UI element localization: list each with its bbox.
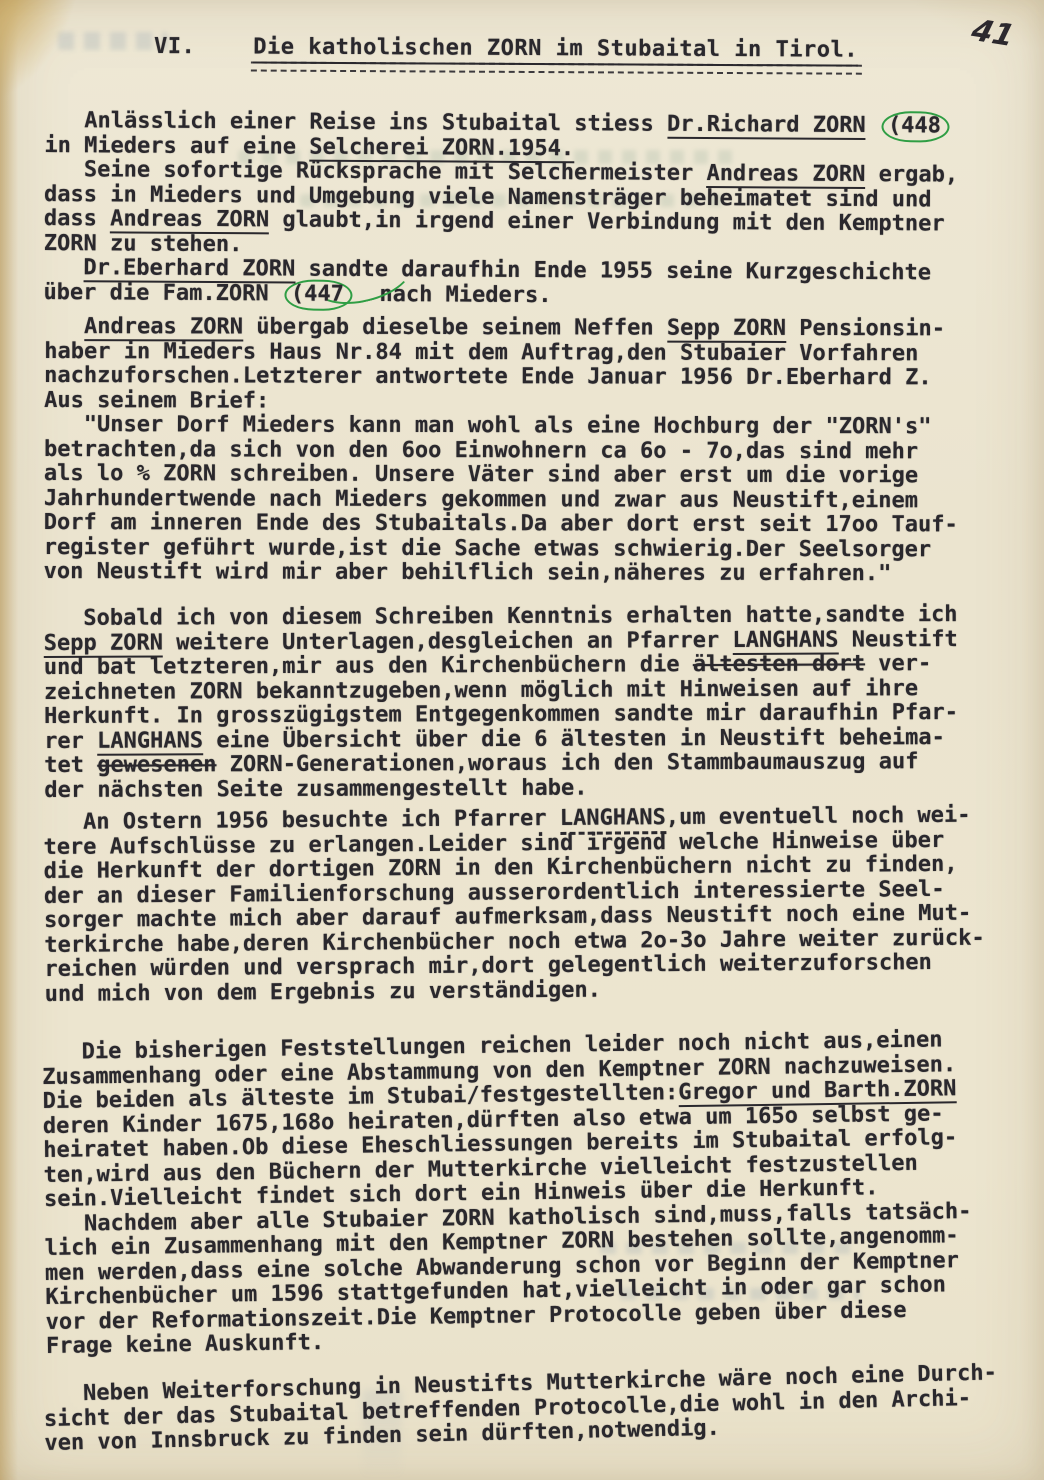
paragraph: Anlässlich einer Reise ins Stubaital sti… [43, 109, 1038, 311]
text-run: in Mieders auf eine [44, 133, 309, 160]
text-run: Neustift [838, 626, 957, 652]
text-run: ergab, [865, 162, 958, 188]
text-run: betrachten,da sich von den 6oo Einwohner… [44, 437, 918, 464]
text-run: der nächsten Seite zusammengestellt habe… [44, 775, 587, 802]
text-run: zeichneten ZORN bekanntzugeben,wenn mögl… [44, 675, 918, 704]
green-circled-reference: (447 [285, 279, 353, 310]
text-run: register geführt wurde,ist die Sache etw… [44, 534, 931, 561]
text-run: "Unser Dorf Mieders kann man wohl als ei… [84, 412, 932, 439]
underlined-name: Sepp ZORN [44, 629, 163, 657]
text-run: weitere Unterlagen,desgleichen an Pfarre… [163, 627, 733, 654]
section-heading: VI.Die katholischen ZORN im Stubaital in… [154, 34, 1038, 64]
section-numeral: VI. [154, 34, 195, 59]
text-run: von Neustift wird mir aber behilflich se… [44, 559, 892, 586]
text-run: dass [44, 206, 110, 231]
scanned-document-page: 41 VI.Die katholischen ZORN im Stubaital… [0, 0, 1044, 1480]
paragraph: Die bisherigen Feststellungen reichen le… [42, 1027, 1040, 1359]
paragraph: Neben Weiterforschung in Neustifts Mutte… [43, 1360, 1038, 1456]
text-line: tet gewesenen ZORN-Generationen,woraus i… [44, 749, 1038, 778]
text-run: An Ostern 1956 besuchte ich Pfarrer [83, 805, 560, 834]
paragraph: Sobald ich von diesem Schreiben Kenntnis… [44, 602, 1039, 802]
underlined-name: Sepp ZORN [667, 316, 786, 343]
document-body: VI.Die katholischen ZORN im Stubaital in… [44, 0, 1038, 1457]
text-run: ver- [865, 651, 931, 676]
text-run: tet [44, 752, 97, 777]
underlined-name: Dr.Richard ZORN [667, 112, 866, 140]
text-run: und bat letzteren,mir aus den Kirchenbüc… [44, 652, 693, 680]
text-run: über die Fam.ZORN [43, 279, 282, 305]
green-circled-reference: (448 [882, 111, 950, 142]
paragraph: An Ostern 1956 besuchte ich Pfarrer LANG… [43, 803, 1039, 1007]
underlined-name: LANGHANS [732, 627, 838, 654]
text-run: eine Übersicht über die 6 ältesten in Ne… [203, 724, 945, 752]
text-run: ältesten dort [693, 651, 865, 677]
text-run: übergab dieselbe seinem Neffen [243, 315, 667, 341]
text-run: als lo % ZORN schreiben. Unsere Väter si… [44, 461, 918, 488]
paragraph: Andreas ZORN übergab dieselbe seinem Nef… [44, 315, 1039, 587]
underlined-name: LANGHANS [97, 727, 203, 754]
underlined-name: Andreas ZORN [84, 314, 243, 341]
text-run: rer [44, 728, 97, 753]
text-run: und mich von dem Ergebnis zu verständige… [45, 977, 601, 1006]
text-run [866, 113, 879, 138]
text-run: glaubt,in irgend einer Verbindung mit de… [269, 207, 945, 236]
text-run: Pensionsin- [786, 316, 945, 341]
text-run: ZORN zu stehen. [44, 230, 243, 256]
text-run: ZORN-Generationen,woraus ich den Stammba… [216, 749, 918, 777]
text-run: Frage keine Auskunft. [46, 1330, 324, 1359]
text-line: von Neustift wird mir aber behilflich se… [44, 560, 1038, 587]
text-run: Jahrhundertwende nach Mieders gekommen u… [44, 485, 918, 512]
text-run: gewesenen [97, 752, 216, 778]
document-text: Anlässlich einer Reise ins Stubaital sti… [44, 109, 1038, 1457]
text-run: haber in Mieders Haus Nr.84 mit dem Auft… [44, 339, 918, 366]
text-run: Aus seinem Brief: [44, 388, 269, 414]
text-run: Sobald ich von diesem Schreiben Kenntnis… [83, 602, 957, 631]
text-run: Dorf am inneren Ende des Stubaitals.Da a… [44, 510, 958, 537]
text-run: nachzuforschen.Letzterer antwortete Ende… [44, 363, 931, 390]
text-line: der nächsten Seite zusammengestellt habe… [44, 774, 1038, 803]
text-run: ,um eventuell noch wei- [666, 802, 971, 829]
section-title: Die katholischen ZORN im Stubaital in Ti… [253, 35, 858, 67]
